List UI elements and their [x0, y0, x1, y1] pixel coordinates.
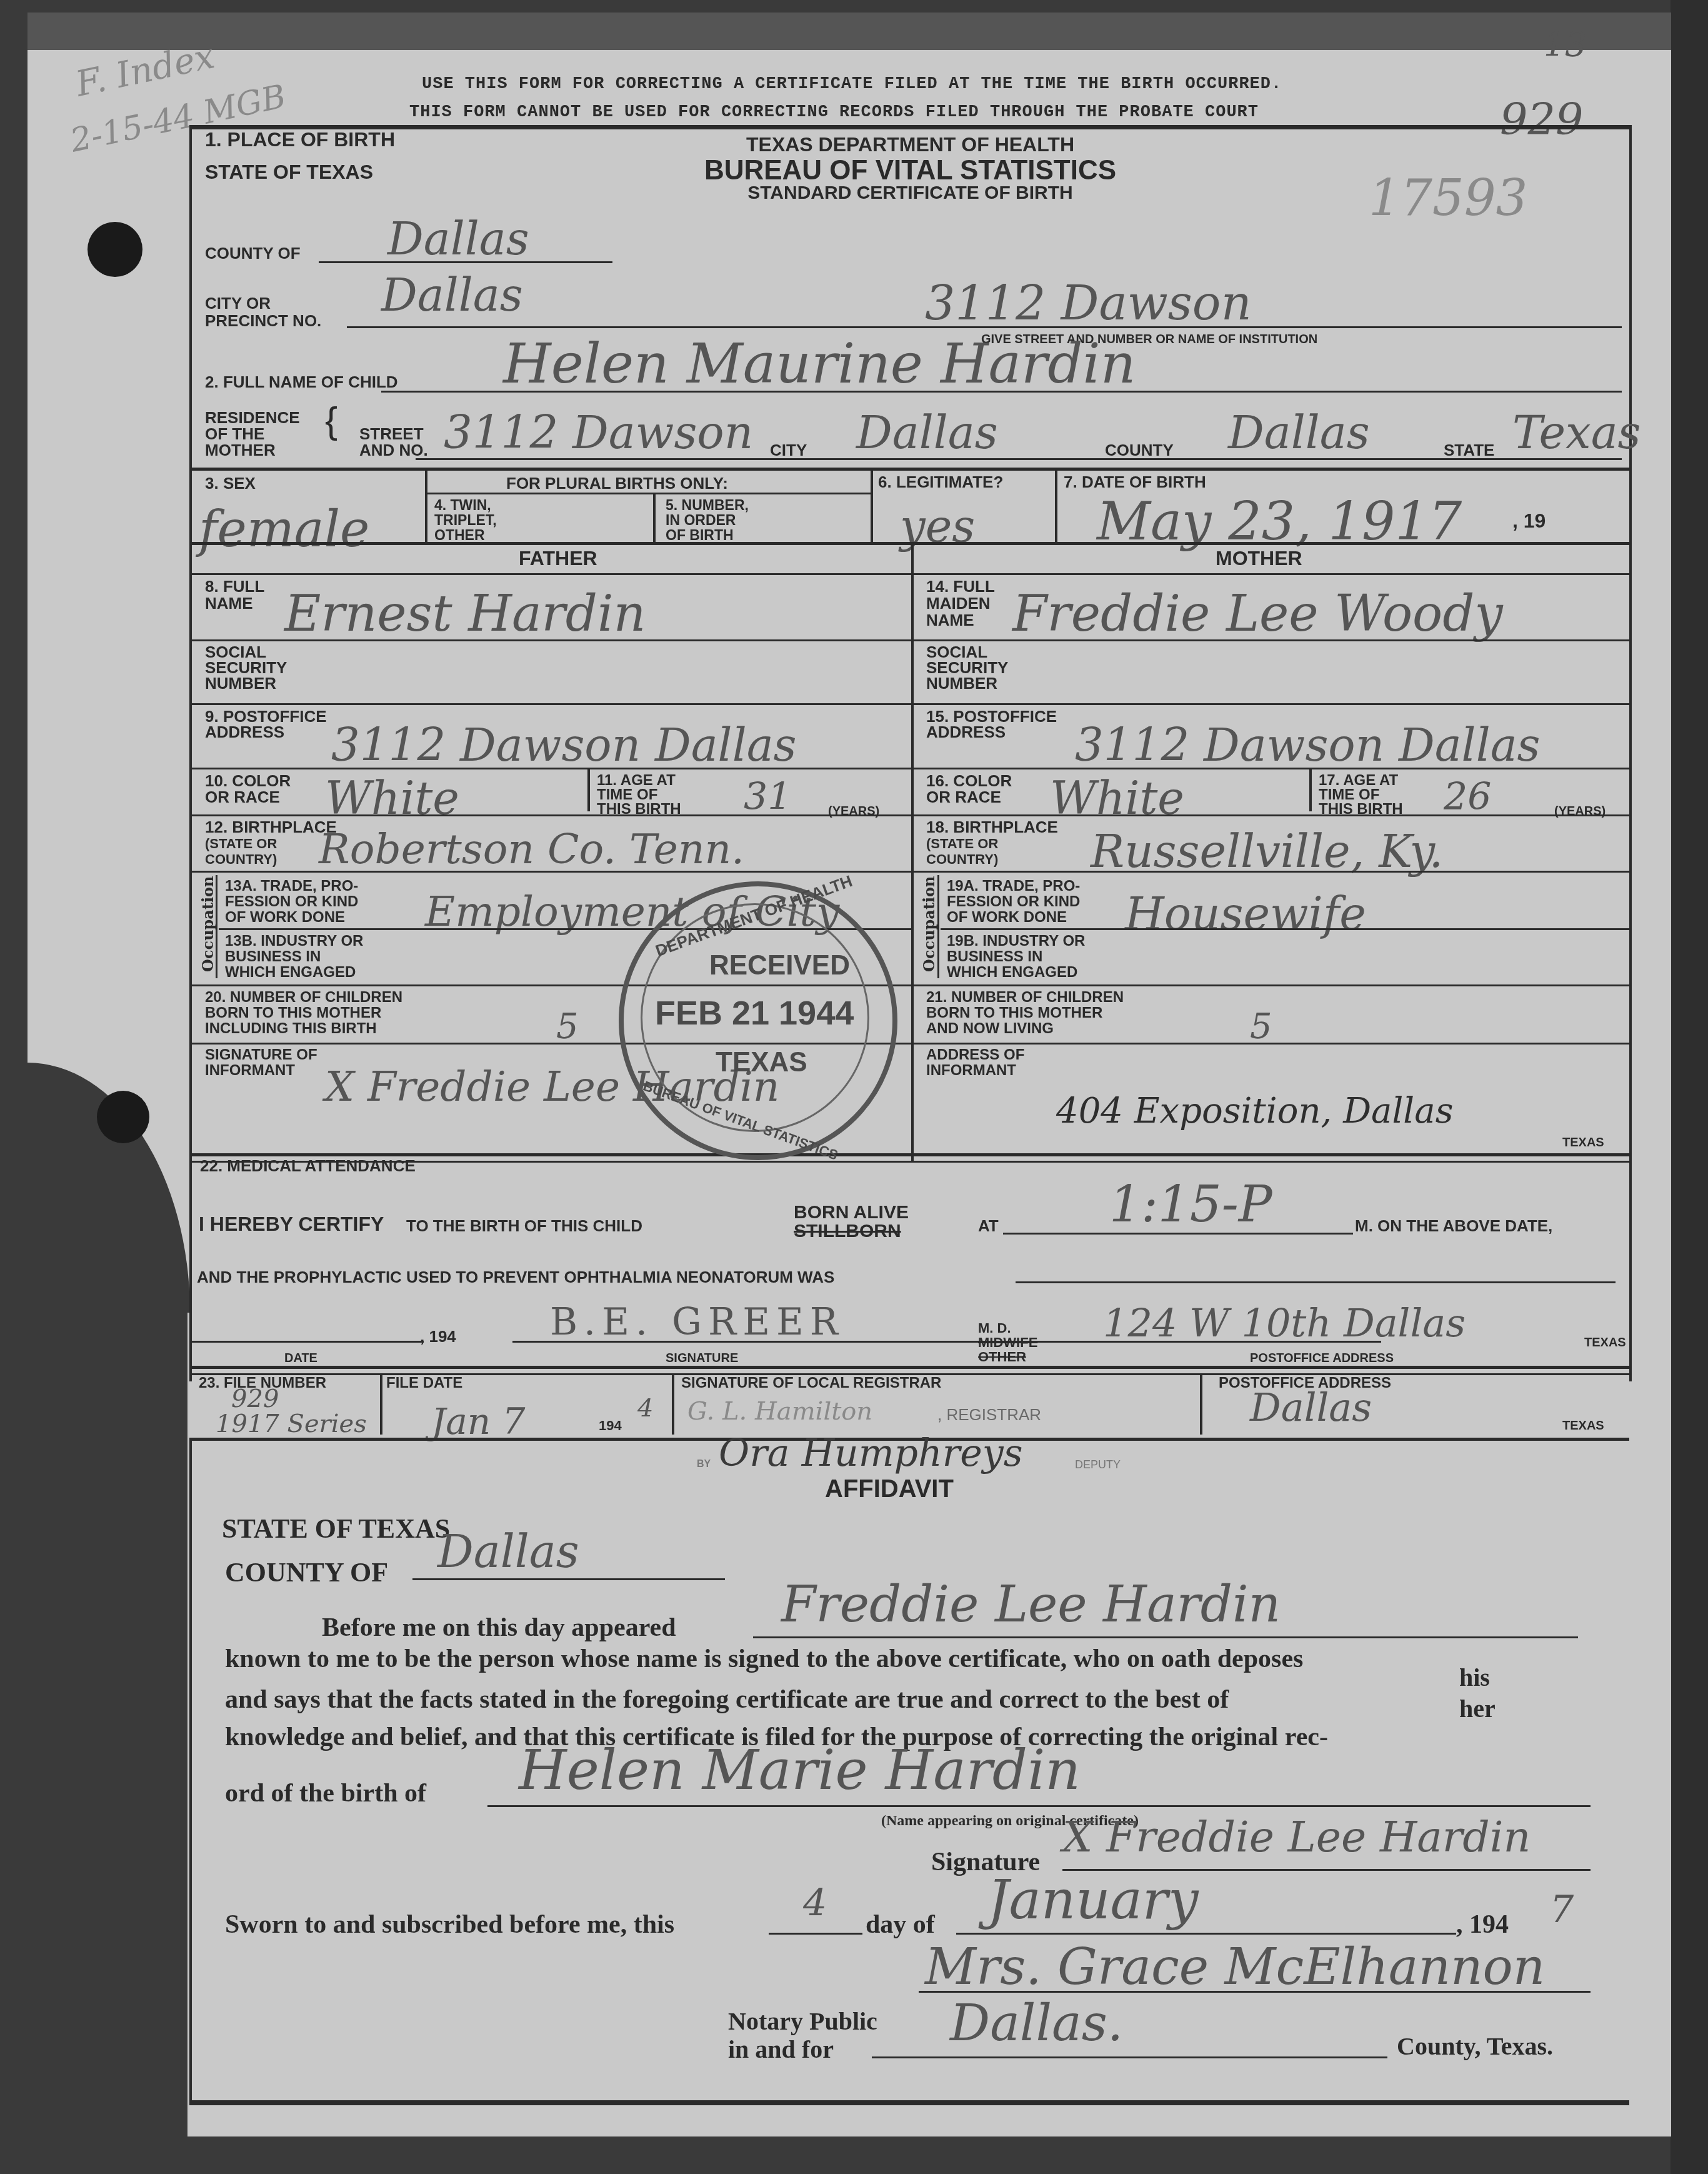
sworn-month-line	[956, 1933, 1456, 1935]
before-me-text: Before me on this day appeared	[322, 1613, 676, 1643]
mother-color-label-2: OR RACE	[926, 789, 1001, 805]
affidavit-line-2: known to me to be the person whose name …	[225, 1644, 1303, 1674]
mother-industry-label-2: BUSINESS IN	[947, 949, 1042, 965]
medical-attendance-label: 22. MEDICAL ATTENDANCE	[200, 1158, 416, 1174]
punch-hole-top	[87, 222, 142, 277]
rule-father-address	[189, 768, 911, 769]
affidavit-line-5: ord of the birth of	[225, 1778, 426, 1808]
mother-birthplace-label-1: 18. BIRTHPLACE	[926, 819, 1058, 835]
mother-name-label-1: 14. FULL	[926, 578, 995, 594]
legitimate-label: 6. LEGITIMATE?	[878, 474, 1003, 490]
original-name-line	[487, 1805, 1591, 1807]
physician-signature[interactable]: B.E. GREER	[550, 1300, 844, 1344]
plural-births-label: FOR PLURAL BIRTHS ONLY:	[506, 475, 728, 491]
brace: {	[325, 413, 337, 429]
residence-label-1: RESIDENCE	[205, 409, 300, 426]
father-birthplace-label-1: 12. BIRTHPLACE	[205, 819, 337, 835]
rule-father-ssn	[189, 703, 911, 705]
appeared-value[interactable]: Freddie Lee Hardin	[781, 1575, 1281, 1633]
residence-street-value[interactable]: 3112 Dawson	[444, 406, 753, 459]
rule-mother-address	[914, 768, 1629, 769]
father-industry-label-2: BUSINESS IN	[225, 949, 321, 965]
mother-age-unit: (YEARS)	[1554, 803, 1606, 819]
informant-addr-label-1: ADDRESS OF	[926, 1047, 1024, 1063]
medical-date-caption: DATE	[284, 1350, 317, 1366]
affiant-signature[interactable]: X Freddie Lee Hardin	[1062, 1813, 1531, 1862]
number-label-2: IN ORDER	[666, 512, 736, 528]
punch-hole-bottom	[97, 1091, 149, 1143]
file-date-year: 194	[599, 1418, 622, 1434]
parents-divider	[911, 542, 914, 1161]
notary-county-line	[872, 2056, 1387, 2058]
number-label-3: OF BIRTH	[666, 527, 734, 543]
father-industry-label-3: WHICH ENGAGED	[225, 964, 356, 981]
prophylactic-label: AND THE PROPHYLACTIC USED TO PREVENT OPH…	[197, 1269, 834, 1285]
mother-age-value[interactable]: 26	[1444, 775, 1491, 819]
child-name-value[interactable]: Helen Maurine Hardin	[503, 331, 1136, 396]
dob-suffix: , 19	[1512, 509, 1546, 532]
mother-occupation-side-label: Occupation	[920, 876, 938, 972]
mother-birthplace-label-3: COUNTRY)	[926, 851, 998, 868]
children-born-value[interactable]: 5	[556, 1006, 579, 1047]
mother-name-value[interactable]: Freddie Lee Woody	[1012, 584, 1503, 643]
physician-address-state: TEXAS	[1584, 1335, 1626, 1351]
informant-address[interactable]: 404 Exposition, Dallas	[1056, 1091, 1453, 1131]
birth-street-value[interactable]: 3112 Dawson	[925, 275, 1252, 331]
certify-label-rest: TO THE BIRTH OF THIS CHILD	[406, 1218, 642, 1234]
notary-label-2: in and for	[728, 2035, 834, 2064]
place-of-birth-label: 1. PLACE OF BIRTH	[205, 128, 395, 151]
mother-occupation-bar	[937, 875, 939, 978]
plural-rule	[427, 493, 871, 494]
mother-name-label-3: NAME	[926, 612, 974, 628]
father-address-label-2: ADDRESS	[205, 724, 284, 740]
father-occupation-side-label: Occupation	[199, 876, 217, 972]
father-trade-label-1: 13A. TRADE, PRO-	[225, 878, 358, 894]
filing-postoffice-value[interactable]: Dallas	[1250, 1385, 1372, 1430]
affidavit-title: AFFIDAVIT	[825, 1475, 954, 1503]
father-section-label: FATHER	[519, 547, 597, 569]
children-living-label-1: 21. NUMBER OF CHILDREN	[926, 989, 1124, 1006]
children-born-label-1: 20. NUMBER OF CHILDREN	[205, 989, 402, 1006]
father-address-value[interactable]: 3112 Dawson Dallas	[331, 719, 797, 771]
physician-address-value[interactable]: 124 W 10th Dallas	[1103, 1300, 1466, 1346]
sex-label: 3. SEX	[205, 475, 256, 491]
twin-label-3: OTHER	[434, 527, 485, 543]
rule-before-row3	[189, 468, 1629, 471]
mother-color-label-1: 16. COLOR	[926, 773, 1012, 789]
sex-value[interactable]: female	[199, 500, 369, 558]
divider-sex	[425, 470, 427, 542]
affidavit-line-3: and says that the facts stated in the fo…	[225, 1685, 1229, 1715]
affidavit-her: her	[1459, 1694, 1496, 1723]
divider-twin	[653, 494, 656, 542]
bottom-rule	[189, 2100, 1629, 2105]
divider-plural	[871, 470, 873, 542]
filing-postoffice-state: TEXAS	[1562, 1418, 1604, 1434]
file-date-year-digit[interactable]: 4	[637, 1394, 653, 1423]
dob-label: 7. DATE OF BIRTH	[1064, 474, 1206, 490]
mother-address-label-2: ADDRESS	[926, 724, 1006, 740]
children-born-label-3: INCLUDING THIS BIRTH	[205, 1021, 377, 1037]
mother-section-label: MOTHER	[1216, 547, 1302, 569]
children-living-label-3: AND NOW LIVING	[926, 1021, 1054, 1037]
residence-street-label-1: STREET	[359, 426, 424, 442]
form-title: STANDARD CERTIFICATE OF BIRTH	[0, 183, 1708, 204]
original-name-value[interactable]: Helen Marie Hardin	[519, 1738, 1081, 1802]
divider-father-age	[587, 769, 590, 811]
date-line	[189, 1341, 424, 1343]
mother-trade-label-2: FESSION OR KIND	[947, 894, 1080, 910]
file-series-value[interactable]: 1917 Series	[216, 1410, 367, 1438]
registrar-label: SIGNATURE OF LOCAL REGISTRAR	[681, 1375, 941, 1391]
residence-label-3: MOTHER	[205, 442, 276, 458]
mother-birthplace-label-2: (STATE OR	[926, 836, 998, 852]
registrar-signature: G. L. Hamilton	[687, 1397, 872, 1426]
rule-before-parents	[189, 542, 1629, 545]
informant-addr-label-2: INFORMANT	[926, 1063, 1016, 1079]
residence-county-value[interactable]: Dallas	[1228, 406, 1370, 459]
father-birthplace-value[interactable]: Robertson Co. Tenn.	[319, 825, 744, 873]
notary-label-1: Notary Public	[728, 2006, 877, 2036]
rule-mother-ssn	[914, 703, 1629, 705]
father-birthplace-label-3: COUNTRY)	[205, 851, 277, 868]
appeared-line	[753, 1636, 1578, 1638]
rule-father-name	[189, 639, 911, 641]
rule-mother-industry	[914, 984, 1629, 986]
divider-file-number	[380, 1375, 382, 1435]
county-value[interactable]: Dallas	[387, 213, 529, 265]
number-label-1: 5. NUMBER,	[666, 497, 749, 513]
affidavit-county-label: COUNTY OF	[225, 1556, 388, 1588]
rule-mother-birthplace	[914, 871, 1629, 873]
registrar-title: , REGISTRAR	[937, 1406, 1041, 1423]
rule-medical	[189, 1366, 1629, 1369]
stamp-state: TEXAS	[716, 1047, 807, 1078]
medical-date-year: , 194	[420, 1328, 456, 1345]
residence-state-label: STATE	[1444, 442, 1494, 458]
notice-line-1: USE THIS FORM FOR CORRECTING A CERTIFICA…	[422, 75, 1282, 94]
stillborn-option[interactable]: STILLBORN	[794, 1220, 901, 1243]
rule-mother-name	[914, 639, 1629, 641]
divider-file-date	[672, 1375, 674, 1435]
father-color-label-2: OR RACE	[205, 789, 280, 805]
torn-top-edge	[27, 13, 1671, 50]
father-name-label-1: 8. FULL	[205, 578, 264, 594]
mother-name-label-2: MAIDEN	[926, 595, 991, 611]
physician-address-caption: POSTOFFICE ADDRESS	[1250, 1350, 1394, 1366]
rule-mother-color	[914, 814, 1629, 816]
father-trade-label-2: FESSION OR KIND	[225, 894, 358, 910]
affidavit-state: STATE OF TEXAS	[222, 1513, 450, 1545]
certify-label-big: I HEREBY CERTIFY	[199, 1213, 384, 1235]
rule-father-header	[189, 573, 1629, 575]
affidavit-county-line	[412, 1578, 725, 1580]
rule-mother-trade	[941, 928, 1629, 930]
sworn-year-prefix: , 194	[1456, 1910, 1509, 1940]
state-of-texas-label: STATE OF TEXAS	[205, 161, 373, 183]
children-living-value[interactable]: 5	[1250, 1006, 1272, 1047]
rule-father-color	[189, 814, 911, 816]
prophylactic-line	[1016, 1281, 1616, 1283]
scan-background-left	[0, 1281, 187, 2174]
county-label: COUNTY OF	[205, 245, 301, 261]
residence-label-2: OF THE	[205, 426, 264, 442]
mother-color-value[interactable]: White	[1050, 772, 1184, 824]
twin-label-2: TRIPLET,	[434, 512, 497, 528]
father-name-label-2: NAME	[205, 595, 253, 611]
mother-industry-label-3: WHICH ENGAGED	[947, 964, 1077, 981]
residence-city-value[interactable]: Dallas	[856, 406, 998, 459]
mother-ssn-label-3: NUMBER	[926, 675, 997, 691]
notice-line-2: THIS FORM CANNOT BE USED FOR CORRECTING …	[409, 103, 1259, 122]
father-trade-label-3: OF WORK DONE	[225, 909, 345, 926]
residence-city-label: CITY	[770, 442, 807, 458]
medical-signature-caption: SIGNATURE	[666, 1350, 738, 1366]
affidavit-county-value[interactable]: Dallas	[437, 1525, 579, 1578]
other-option[interactable]: OTHER	[978, 1349, 1026, 1365]
children-living-label-2: BORN TO THIS MOTHER	[926, 1005, 1102, 1021]
file-date-value[interactable]: Jan 7	[431, 1400, 526, 1443]
sworn-text: Sworn to and subscribed before me, this	[225, 1910, 674, 1940]
father-age-value[interactable]: 31	[744, 775, 791, 819]
father-occupation-bar	[216, 875, 217, 978]
sworn-day-value[interactable]: 4	[803, 1881, 827, 1925]
father-industry-label-1: 13B. INDUSTRY OR	[225, 933, 363, 949]
mother-address-value[interactable]: 3112 Dawson Dallas	[1075, 719, 1541, 771]
notary-signature[interactable]: Mrs. Grace McElhannon	[925, 1938, 1545, 1996]
city-value[interactable]: Dallas	[381, 269, 523, 321]
residence-county-label: COUNTY	[1105, 442, 1174, 458]
children-born-label-2: BORN TO THIS MOTHER	[205, 1005, 381, 1021]
time-suffix: M. ON THE ABOVE DATE,	[1355, 1218, 1552, 1234]
father-name-value[interactable]: Ernest Hardin	[284, 584, 646, 643]
father-ssn-label-3: NUMBER	[205, 675, 276, 691]
divider-legit	[1055, 470, 1057, 542]
informant-address-state: TEXAS	[1562, 1135, 1604, 1151]
stamp-date: FEB 21 1944	[655, 994, 854, 1033]
twin-label-1: 4. TWIN,	[434, 497, 491, 513]
father-color-value[interactable]: White	[325, 772, 459, 824]
sworn-day-line	[769, 1933, 862, 1935]
informant-sig-label-2: INFORMANT	[205, 1063, 295, 1079]
mother-trade-label-3: OF WORK DONE	[947, 909, 1067, 926]
sworn-year-digit[interactable]: 7	[1550, 1888, 1574, 1931]
divider-registrar	[1200, 1375, 1202, 1435]
father-color-label-1: 10. COLOR	[205, 773, 291, 789]
residence-street-label-2: AND NO.	[359, 442, 428, 458]
mother-trade-label-1: 19A. TRADE, PRO-	[947, 878, 1080, 894]
residence-state-value[interactable]: Texas	[1512, 406, 1641, 459]
divider-mother-age	[1309, 769, 1312, 811]
notary-suffix: County, Texas.	[1397, 2031, 1553, 2061]
mother-birthplace-value[interactable]: Russellville, Ky.	[1091, 825, 1443, 878]
mother-industry-label-1: 19B. INDUSTRY OR	[947, 933, 1085, 949]
informant-sig-label-1: SIGNATURE OF	[205, 1047, 317, 1063]
rule-father-birthplace	[189, 871, 911, 873]
father-age-unit: (YEARS)	[828, 803, 879, 819]
birth-time-value[interactable]: 1:15-P	[1109, 1175, 1272, 1233]
mother-trade-value[interactable]: Housewife	[1125, 888, 1366, 940]
notary-county-value[interactable]: Dallas.	[950, 1994, 1123, 2052]
city-label-1: CITY OR	[205, 295, 271, 311]
city-label-2: PRECINCT NO.	[205, 313, 321, 329]
rule-children	[189, 1043, 1629, 1044]
child-name-label: 2. FULL NAME OF CHILD	[205, 374, 398, 390]
page-number: 13	[1544, 25, 1587, 64]
file-date-label: FILE DATE	[386, 1375, 462, 1391]
scan-background-right	[1671, 0, 1708, 2174]
day-of-text: day of	[866, 1910, 935, 1940]
at-label: AT	[978, 1218, 999, 1234]
father-birthplace-label-2: (STATE OR	[205, 836, 277, 852]
affidavit-his: his	[1459, 1663, 1490, 1692]
stamp-received: RECEIVED	[709, 950, 850, 981]
sworn-month-value[interactable]: January	[987, 1869, 1199, 1931]
residence-line	[416, 458, 1622, 460]
